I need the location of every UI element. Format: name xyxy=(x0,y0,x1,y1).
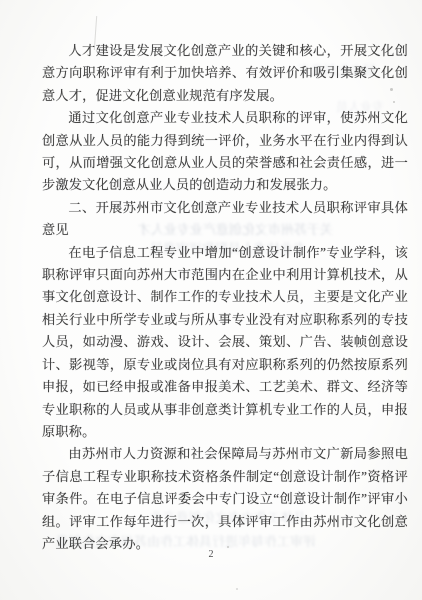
section-heading-two: 二、开展苏州市文化创意产业专业技术人员职称评审具体意见 xyxy=(42,197,408,242)
paragraph-review-benefits: 通过文化创意产业专业技术人员职称的评审，使苏州文化创意从业人员的能力得到统一评价… xyxy=(42,107,408,197)
scanned-document-page: { "document": { "paragraphs": [ "人才建设是发展… xyxy=(0,0,422,600)
paragraph-review-organization: 由苏州市人力资源和社会保障局与苏州市文广新局参照电子信息工程专业职称技术资格条件… xyxy=(42,443,408,555)
paragraph-talent-building: 人才建设是发展文化创意产业的关键和核心，开展文化创意方向职称评审有利于加快培养、… xyxy=(42,40,408,107)
paragraph-creative-design-discipline: 在电子信息工程专业中增加“创意设计制作”专业学科，该职称评审只面向苏州大市范围内… xyxy=(42,242,408,444)
document-text-block: 人才建设是发展文化创意产业的关键和核心，开展文化创意方向职称评审有利于加快培养、… xyxy=(42,40,408,555)
scan-speck xyxy=(236,588,238,590)
page-number: 2 xyxy=(196,549,226,560)
